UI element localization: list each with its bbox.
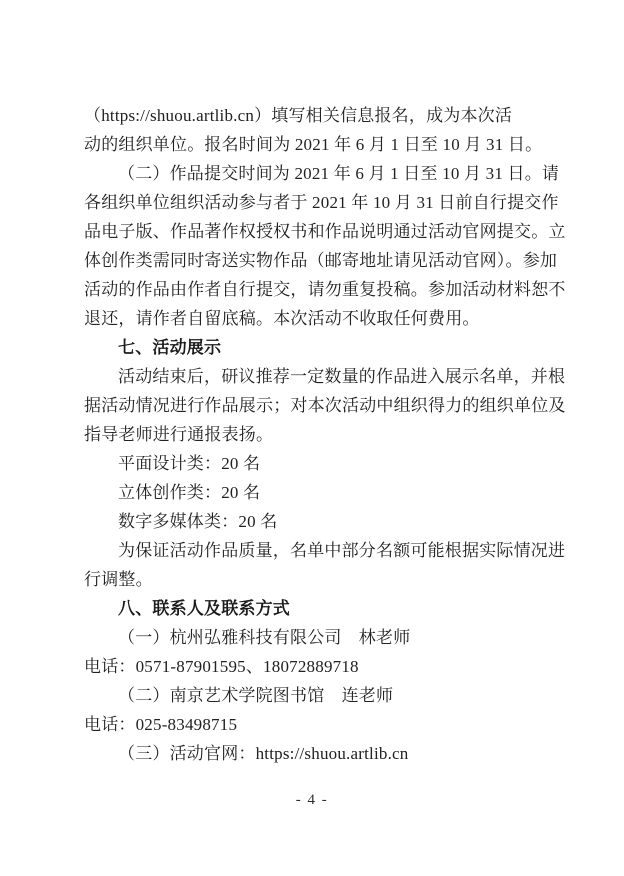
text-line: （https://shuou.artlib.cn）填写相关信息报名，成为本次活 — [84, 101, 538, 130]
text-line: （二）作品提交时间为 2021 年 6 月 1 日至 10 月 31 日。请 — [84, 159, 538, 188]
text-line: 平面设计类：20 名 — [84, 449, 538, 478]
text-line: 活动结束后，研议推荐一定数量的作品进入展示名单，并根 — [84, 362, 538, 391]
section-heading: 七、活动展示 — [84, 333, 538, 362]
text-line: 各组织单位组织活动参与者于 2021 年 10 月 31 日前自行提交作 — [84, 188, 538, 217]
text-line: （一）杭州弘雅科技有限公司 林老师 — [84, 623, 538, 652]
text-line: 退还，请作者自留底稿。本次活动不收取任何费用。 — [84, 304, 538, 333]
document-body: （https://shuou.artlib.cn）填写相关信息报名，成为本次活动… — [84, 101, 538, 768]
text-line: 据活动情况进行作品展示；对本次活动中组织得力的组织单位及 — [84, 391, 538, 420]
text-line: （三）活动官网：https://shuou.artlib.cn — [84, 739, 538, 768]
text-line: 行调整。 — [84, 565, 538, 594]
text-line: 品电子版、作品著作权授权书和作品说明通过活动官网提交。立 — [84, 217, 538, 246]
text-line: 体创作类需同时寄送实物作品（邮寄地址请见活动官网）。参加 — [84, 246, 538, 275]
text-line: 立体创作类：20 名 — [84, 478, 538, 507]
text-line: 为保证活动作品质量，名单中部分名额可能根据实际情况进 — [84, 536, 538, 565]
page-number: - 4 - — [0, 792, 624, 809]
text-line: 活动的作品由作者自行提交，请勿重复投稿。参加活动材料恕不 — [84, 275, 538, 304]
text-line: 动的组织单位。报名时间为 2021 年 6 月 1 日至 10 月 31 日。 — [84, 130, 538, 159]
text-line: 指导老师进行通报表扬。 — [84, 420, 538, 449]
text-line: 数字多媒体类：20 名 — [84, 507, 538, 536]
section-heading: 八、联系人及联系方式 — [84, 594, 538, 623]
text-line: 电话：025-83498715 — [84, 710, 538, 739]
text-line: 电话：0571-87901595、18072889718 — [84, 652, 538, 681]
text-line: （二）南京艺术学院图书馆 连老师 — [84, 681, 538, 710]
